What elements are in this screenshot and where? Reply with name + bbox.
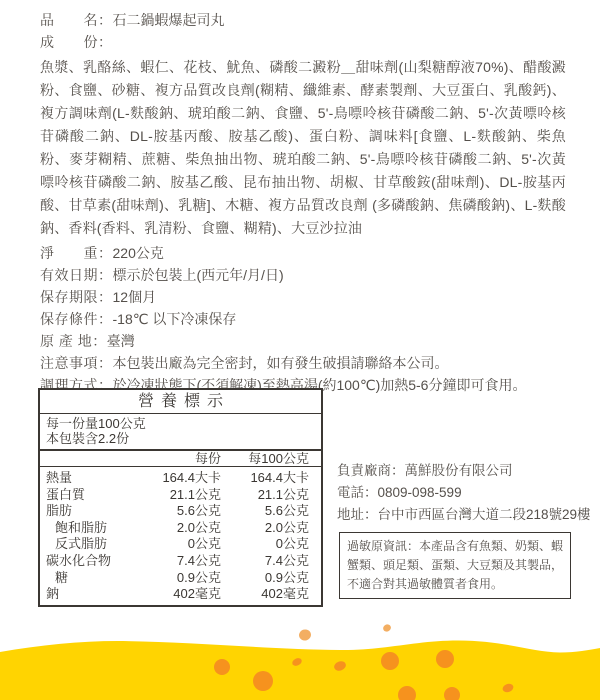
- value-per-serving: 2.0公克: [141, 520, 221, 537]
- field-label: 注意事項：: [40, 355, 113, 371]
- field-value: 萬鮮股份有限公司: [405, 463, 513, 479]
- field-value: 0809-098-599: [378, 485, 462, 501]
- nutrition-row-sodium: 鈉 402毫克 402毫克: [40, 586, 321, 603]
- nutrition-row-sugar: 糖 0.9公克 0.9公克: [40, 570, 321, 587]
- info-row-caution: 注意事項： 本包裝出廠為完全密封，如有發生破損請聯絡本公司。: [40, 355, 566, 371]
- value-per-serving: 5.6公克: [141, 503, 221, 520]
- cheese-splash-dot: [298, 628, 312, 642]
- value-per-serving: 164.4大卡: [141, 470, 221, 487]
- nutrition-title: 營養標示: [40, 390, 321, 414]
- nutrition-column-headers: 每份 每100公克: [40, 451, 321, 467]
- field-value: 台中市西區台灣大道二段218號29樓: [378, 507, 591, 523]
- field-label: 品 名：: [40, 12, 113, 28]
- value-per-100g: 2.0公克: [221, 520, 309, 537]
- nutrition-row-calories: 熱量 164.4大卡 164.4大卡: [40, 470, 321, 487]
- info-row-origin: 原 產 地： 臺灣: [40, 333, 566, 349]
- col-header-per-serving: 每份: [141, 452, 221, 465]
- info-row-shelf-life: 保存期限： 12個月: [40, 289, 566, 305]
- value-per-serving: 402毫克: [141, 586, 221, 603]
- field-value: 220公克: [113, 245, 567, 261]
- value-per-serving: 7.4公克: [141, 553, 221, 570]
- col-header-per-100g: 每100公克: [221, 452, 309, 465]
- field-label: 有效日期：: [40, 267, 113, 283]
- field-label: 負責廠商：: [337, 463, 405, 479]
- info-row-expiry-date: 有效日期： 標示於包裝上(西元年/月/日): [40, 267, 566, 283]
- nutrient-name: 飽和脂肪: [46, 520, 141, 537]
- nutrient-name: 反式脂肪: [46, 536, 141, 553]
- cheese-bubble-dot: [436, 650, 454, 668]
- cheese-bubble-dot: [253, 671, 273, 691]
- nutrient-name: 熱量: [46, 470, 141, 487]
- value-per-100g: 0公克: [221, 536, 309, 553]
- info-row-ingredients-label: 成 份：: [40, 34, 566, 50]
- field-label: 原 產 地：: [40, 333, 107, 349]
- field-value: 12個月: [113, 289, 567, 305]
- servings-per-pack: 本包裝含2.2份: [46, 431, 315, 446]
- value-per-100g: 5.6公克: [221, 503, 309, 520]
- value-per-100g: 164.4大卡: [221, 470, 309, 487]
- nutrient-name: 糖: [46, 570, 141, 587]
- field-label: 保存條件：: [40, 311, 113, 327]
- value-per-100g: 0.9公克: [221, 570, 309, 587]
- value-per-serving: 0.9公克: [141, 570, 221, 587]
- info-row-storage: 保存條件： -18℃ 以下冷凍保存: [40, 311, 566, 327]
- value-per-100g: 21.1公克: [221, 487, 309, 504]
- field-value: 石二鍋蝦爆起司丸: [113, 12, 567, 28]
- cheese-bubble-dot: [381, 652, 399, 670]
- field-label: 成 份：: [40, 34, 113, 50]
- info-row-net-weight: 淨 重： 220公克: [40, 245, 566, 261]
- field-label: 電話：: [337, 485, 378, 501]
- maker-row-address: 地址： 台中市西區台灣大道二段218號29樓: [337, 507, 595, 523]
- nutrition-serving-info: 每一份量100公克 本包裝含2.2份: [40, 414, 321, 451]
- field-label: 地址：: [337, 507, 378, 523]
- value-per-100g: 7.4公克: [221, 553, 309, 570]
- nutrition-row-fat: 脂肪 5.6公克 5.6公克: [40, 503, 321, 520]
- allergen-text: 過敏原資訊：本產品含有魚類、奶類、蝦蟹類、頭足類、蛋類、大豆類及其製品，不適合對…: [347, 539, 563, 591]
- field-label: 淨 重：: [40, 245, 113, 261]
- nutrition-facts-table: 營養標示 每一份量100公克 本包裝含2.2份 每份 每100公克 熱量 164…: [38, 388, 323, 607]
- serving-size: 每一份量100公克: [46, 416, 315, 431]
- cheese-bubble-dot: [214, 659, 230, 675]
- nutrition-row-saturated-fat: 飽和脂肪 2.0公克 2.0公克: [40, 520, 321, 537]
- cheese-splash-dot: [382, 623, 392, 633]
- value-per-serving: 0公克: [141, 536, 221, 553]
- nutrient-name: 碳水化合物: [46, 553, 141, 570]
- nutrient-name: 鈉: [46, 586, 141, 603]
- value-per-100g: 402毫克: [221, 586, 309, 603]
- field-value: 標示於包裝上(西元年/月/日): [113, 267, 567, 283]
- product-info-section: 品 名： 石二鍋蝦爆起司丸 成 份： 魚漿、乳酪絲、蝦仁、花枝、魷魚、磷酸二澱粉…: [40, 12, 566, 399]
- nutrient-name: 脂肪: [46, 503, 141, 520]
- ingredients-text: 魚漿、乳酪絲、蝦仁、花枝、魷魚、磷酸二澱粉＿甜味劑(山梨糖醇液70%)、醋酸澱粉…: [40, 56, 566, 240]
- field-label: 保存期限：: [40, 289, 113, 305]
- maker-row-company: 負責廠商： 萬鮮股份有限公司: [337, 463, 595, 479]
- nutrition-row-protein: 蛋白質 21.1公克 21.1公克: [40, 487, 321, 504]
- allergen-notice-box: 過敏原資訊：本產品含有魚類、奶類、蝦蟹類、頭足類、蛋類、大豆類及其製品，不適合對…: [339, 532, 571, 599]
- manufacturer-info: 負責廠商： 萬鮮股份有限公司 電話： 0809-098-599 地址： 台中市西…: [337, 463, 595, 529]
- field-value: 臺灣: [107, 333, 566, 349]
- nutrition-rows: 熱量 164.4大卡 164.4大卡 蛋白質 21.1公克 21.1公克 脂肪 …: [40, 467, 321, 605]
- value-per-serving: 21.1公克: [141, 487, 221, 504]
- product-label-page: 品 名： 石二鍋蝦爆起司丸 成 份： 魚漿、乳酪絲、蝦仁、花枝、魷魚、磷酸二澱粉…: [0, 0, 600, 700]
- nutrition-row-carbohydrate: 碳水化合物 7.4公克 7.4公克: [40, 553, 321, 570]
- cheese-wave-graphic: [0, 608, 600, 700]
- nutrition-row-trans-fat: 反式脂肪 0公克 0公克: [40, 536, 321, 553]
- field-value: -18℃ 以下冷凍保存: [113, 311, 567, 327]
- info-row-product-name: 品 名： 石二鍋蝦爆起司丸: [40, 12, 566, 28]
- nutrient-name: 蛋白質: [46, 487, 141, 504]
- field-value: 本包裝出廠為完全密封，如有發生破損請聯絡本公司。: [113, 355, 567, 371]
- maker-row-phone: 電話： 0809-098-599: [337, 485, 595, 501]
